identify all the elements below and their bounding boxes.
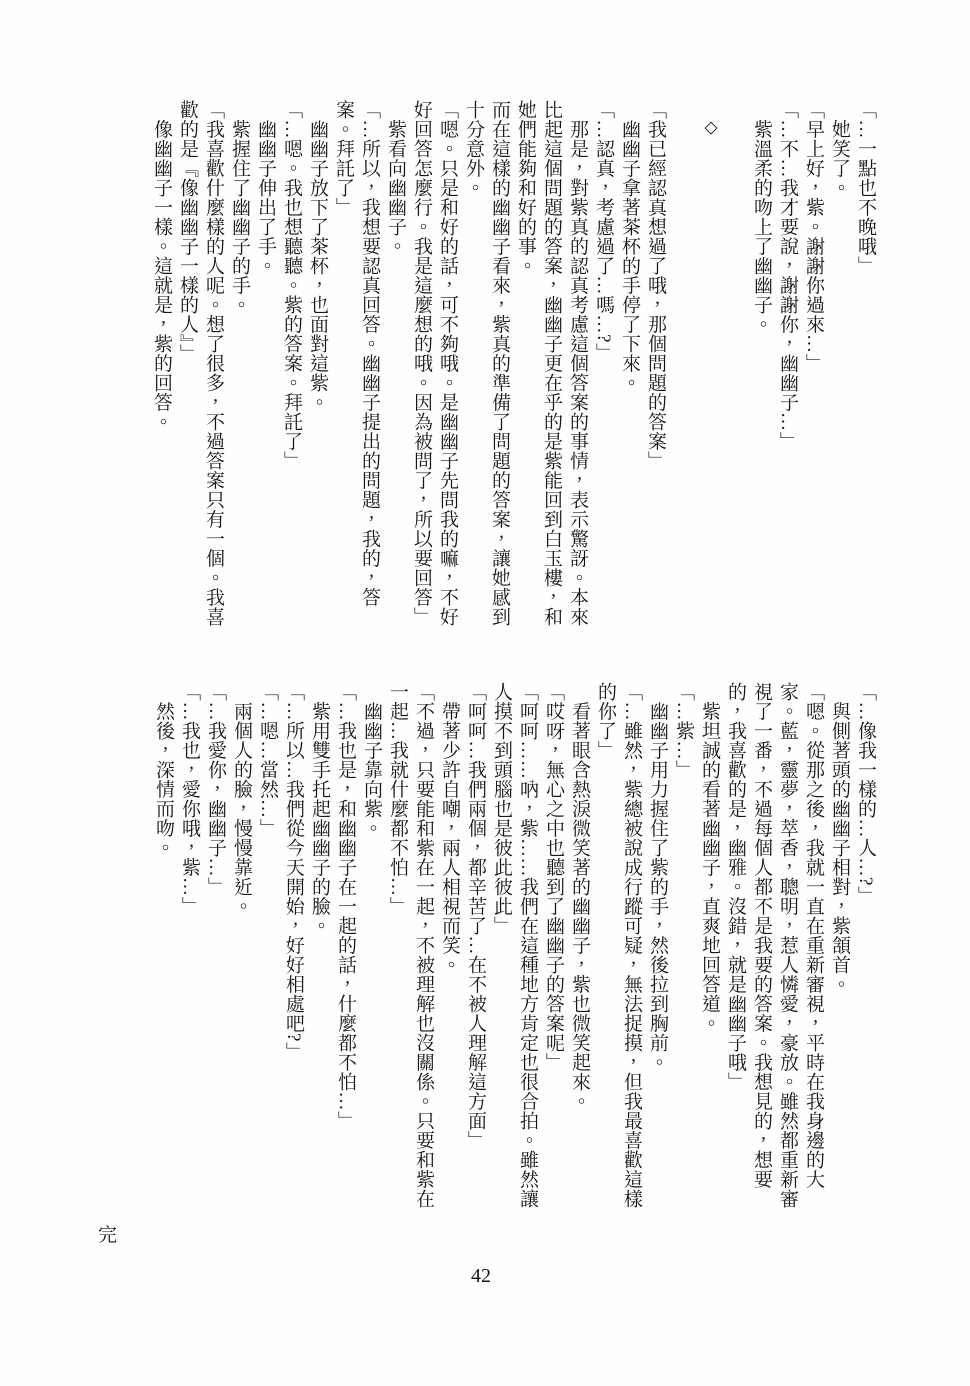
paragraph: 像幽幽子一樣。這就是，紫的回答。	[148, 100, 174, 640]
paragraph: 紫用雙手托起幽幽子的臉。	[306, 682, 332, 1220]
paragraph: 「嗯。從那之後，我就一直在重新審視，平時在我身邊的大家。藍，靈夢，萃香，聰明，惹…	[722, 682, 826, 1220]
paragraph: 而在這樣的幽幽子看來，紫真的準備了問題的答案，讓她感到十分意外。	[460, 100, 512, 640]
paragraph: 「呵呵……吶，紫……我們在這種地方肯定也很合拍。雖然讓人摸不到頭腦也是彼此彼此」	[488, 682, 540, 1220]
paragraph: 紫溫柔的吻上了幽幽子。	[748, 100, 774, 640]
paragraph: 紫握住了幽幽子的手。	[226, 100, 252, 640]
paragraph: 「…嗯。我也想聽聽。紫的答案。拜託了」	[278, 100, 304, 640]
paragraph: 「我喜歡什麼樣的人呢。想了很多，不過答案只有一個。我喜歡的是『像幽幽子一樣的人』…	[174, 100, 226, 640]
paragraph: 「…我也是，和幽幽子在一起的話，什麼都不怕…」	[332, 682, 358, 1220]
paragraph: 看著眼含熱淚微笑著的幽幽子，紫也微笑起來。	[566, 682, 592, 1220]
paragraph: 「不過，只要能和紫在一起，不被理解也沒關係。只要和紫在一起…我就什麼都不怕…」	[384, 682, 436, 1220]
paragraph: 幽幽子拿著茶杯的手停了下來。	[616, 100, 642, 640]
paragraph: 「…像我一樣的…人…?」	[852, 682, 878, 1220]
paragraph: 「…雖然，紫總被說成行蹤可疑，無法捉摸，但我最喜歡這樣的你了」	[592, 682, 644, 1220]
section-divider: ◇	[698, 100, 724, 640]
novel-page: 「…一點也不晚哦」 她笑了。「早上好，紫。謝謝你過來…」「…不…我才要說，謝謝你…	[0, 0, 970, 1386]
paragraph: 「…不…我才要說，謝謝你，幽幽子…」	[774, 100, 800, 640]
paragraph: 「…我也，愛你哦，紫…」	[176, 682, 202, 1220]
paragraph: 兩個人的臉，慢慢靠近。	[228, 682, 254, 1220]
paragraph: 幽幽子用力握住了紫的手，然後拉到胸前。	[644, 682, 670, 1220]
paragraph: 幽幽子放下了茶杯，也面對這紫。	[304, 100, 330, 640]
paragraph: 「…我愛你，幽幽子…」	[202, 682, 228, 1220]
paragraph: 「…一點也不晚哦」	[852, 100, 878, 640]
paragraph: 「嗯。只是和好的話，可不夠哦。是幽幽子先問我的嘛，不好好回答怎麼行。我是這麼想的…	[408, 100, 460, 640]
paragraph: 「我已經認真想過了哦，那個問題的答案」	[642, 100, 668, 640]
paragraph: 紫坦誠的看著幽幽子，直爽地回答道。	[696, 682, 722, 1220]
paragraph: 與側著頭的幽幽子相對，紫頷首。	[826, 682, 852, 1220]
paragraph: 「…認真，考慮過了…嗎…?」	[590, 100, 616, 640]
paragraph: 「…所以，我想要認真回答。幽幽子提出的問題，我的，答案。拜託了」	[330, 100, 382, 640]
paragraph: 「早上好，紫。謝謝你過來…」	[800, 100, 826, 640]
story-text-top-block: 「…一點也不晚哦」 她笑了。「早上好，紫。謝謝你過來…」「…不…我才要說，謝謝你…	[138, 100, 878, 640]
paragraph: 紫看向幽幽子。	[382, 100, 408, 640]
paragraph: 「…嗯…當然…」	[254, 682, 280, 1220]
paragraph: 「呵呵…我們兩個，都辛苦了…在不被人理解這方面」	[462, 682, 488, 1220]
paragraph: 幽幽子靠向紫。	[358, 682, 384, 1220]
paragraph: 幽幽子伸出了手。	[252, 100, 278, 640]
story-text-bottom-block: 「…像我一樣的…人…?」 與側著頭的幽幽子相對，紫頷首。「嗯。從那之後，我就一直…	[138, 682, 878, 1220]
paragraph: 「哎呀，無心之中也聽到了幽幽子的答案呢」	[540, 682, 566, 1220]
paragraph: 帶著少許自嘲，兩人相視而笑。	[436, 682, 462, 1220]
page-number: 42	[0, 1265, 962, 1288]
paragraph: 那是，對紫真的認真考慮這個答案的事情，表示驚訝。本來比起這個問題的答案，幽幽子更…	[512, 100, 590, 640]
end-mark: 完	[98, 1220, 118, 1247]
paragraph: 「…所以…我們從今天開始，好好相處吧?」	[280, 682, 306, 1220]
paragraph: 然後，深情而吻。	[150, 682, 176, 1220]
paragraph: 「…紫…」	[670, 682, 696, 1220]
paragraph: 她笑了。	[826, 100, 852, 640]
